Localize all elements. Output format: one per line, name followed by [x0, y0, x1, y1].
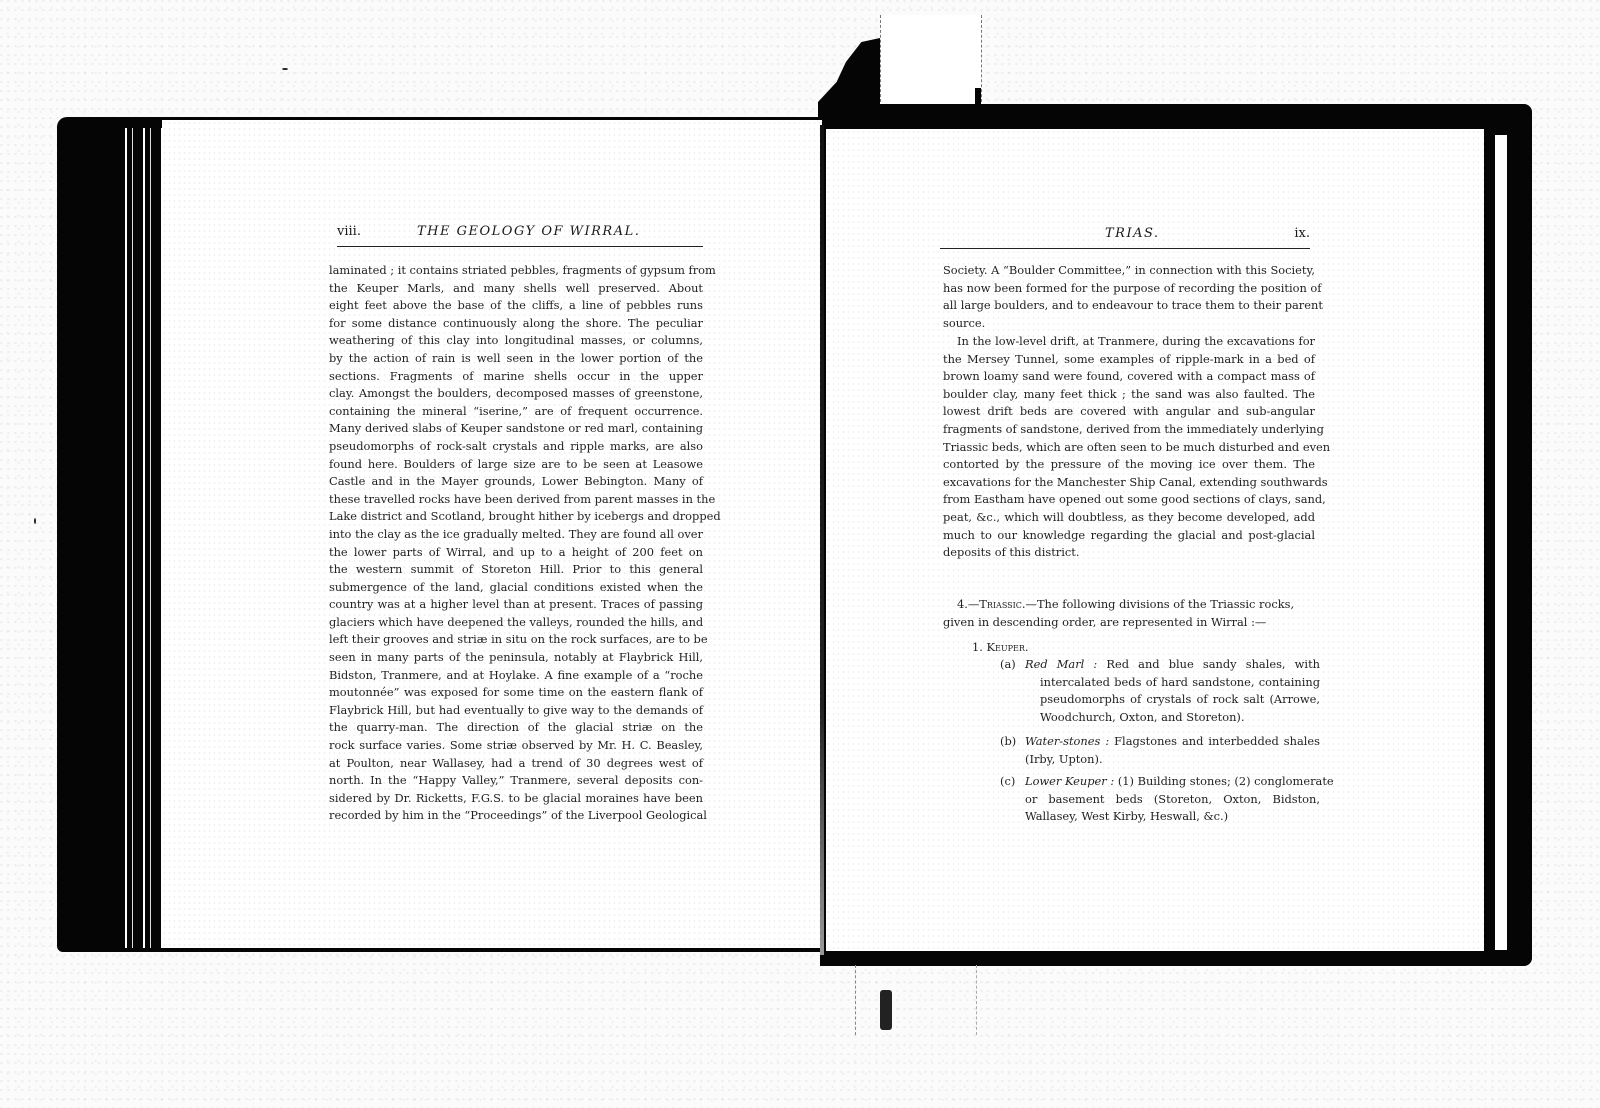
text-line: at Poulton, near Wallasey, had a trend o…: [329, 755, 703, 773]
text-line: the western summit of Storeton Hill. Pri…: [329, 561, 703, 579]
right-page-edges: [1485, 135, 1517, 950]
text-line: In the low-level drift, at Tranmere, dur…: [943, 333, 1315, 351]
section-intro-line-2: given in descending order, are represent…: [943, 613, 1319, 631]
text-line: peat, &c., which will doubtless, as they…: [943, 509, 1315, 527]
text-line: rock surface varies. Some striæ observed…: [329, 737, 703, 755]
subdivision-label: (c): [1000, 773, 1015, 791]
text-line: clay. Amongst the boulders, decomposed m…: [329, 385, 703, 403]
left-body-text: laminated ; it contains striated pebbles…: [329, 262, 703, 825]
triassic-section-intro: 4.—Triassic.—The following divisions of …: [943, 595, 1319, 631]
text-line: moutonnée” was exposed for some time on …: [329, 684, 703, 702]
text-line: from Eastham have opened out some good s…: [943, 491, 1315, 509]
text-line: contorted by the pressure of the moving …: [943, 456, 1315, 474]
text-line: for some distance continuously along the…: [329, 315, 703, 333]
text-line: Water-stones : Flagstones and interbedde…: [1025, 733, 1320, 751]
text-line: (Irby, Upton).: [1025, 751, 1320, 769]
subdivision-label: (b): [1000, 733, 1016, 751]
text-line: the quarry-man. The direction of the gla…: [329, 719, 703, 737]
right-paragraph-2: In the low-level drift, at Tranmere, dur…: [943, 333, 1315, 562]
text-line: Flaybrick Hill, but had eventually to gi…: [329, 702, 703, 720]
subdivision-name: Lower Keuper :: [1025, 774, 1114, 788]
text-line: excavations for the Manchester Ship Cana…: [943, 474, 1315, 492]
text-line: Society. A “Boulder Committee,” in conne…: [943, 262, 1315, 280]
subdivision-lower-keuper: (c) Lower Keuper : (1) Building stones; …: [1000, 773, 1320, 826]
right-folio: ix.: [1294, 226, 1310, 241]
text-line: Lake district and Scotland, brought hith…: [329, 508, 703, 526]
right-head-title: TRIAS.: [1105, 226, 1160, 241]
right-paragraph-1: Society. A “Boulder Committee,” in conne…: [943, 262, 1315, 332]
text-line: country was at a higher level than at pr…: [329, 596, 703, 614]
text-line: Bidston, Tranmere, and at Hoylake. A fin…: [329, 667, 703, 685]
section-heading: Triassic.: [979, 597, 1025, 611]
text-line: by the action of rain is well seen in th…: [329, 350, 703, 368]
text-line: the Mersey Tunnel, some examples of ripp…: [943, 351, 1315, 369]
text-line: lowest drift beds are covered with angul…: [943, 403, 1315, 421]
division-name: Keuper.: [987, 640, 1029, 654]
text-line: Red Marl : Red and blue sandy shales, wi…: [1025, 656, 1320, 674]
subdivision-red-marl: (a) Red Marl : Red and blue sandy shales…: [1000, 656, 1320, 726]
text-line: laminated ; it contains striated pebbles…: [329, 262, 703, 280]
text-line: these travelled rocks have been derived …: [329, 491, 703, 509]
text-line: Wallasey, West Kirby, Heswall, &c.): [1025, 808, 1320, 826]
subdivision-name: Water-stones :: [1025, 734, 1109, 748]
text-line: the lower parts of Wirral, and up to a h…: [329, 544, 703, 562]
section-number: 4.—: [957, 597, 979, 611]
subdivision-name: Red Marl :: [1025, 657, 1097, 671]
text-line: much to our knowledge regarding the glac…: [943, 527, 1315, 545]
text-line: Lower Keuper : (1) Building stones; (2) …: [1025, 773, 1320, 791]
text-line: all large boulders, and to endeavour to …: [943, 297, 1315, 315]
top-page-tab: [880, 15, 982, 107]
text-line: has now been formed for the purpose of r…: [943, 280, 1315, 298]
text-line: found here. Boulders of large size are t…: [329, 456, 703, 474]
text-line: into the clay as the ice gradually melte…: [329, 526, 703, 544]
text-line: sidered by Dr. Ricketts, F.G.S. to be gl…: [329, 790, 703, 808]
subdivision-label: (a): [1000, 656, 1016, 674]
text-line: Woodchurch, Oxton, and Storeton).: [1025, 709, 1320, 727]
division-keuper: 1. Keuper.: [972, 640, 1028, 654]
text-line: Many derived slabs of Keuper sandstone o…: [329, 420, 703, 438]
text-line: submergence of the land, glacial conditi…: [329, 579, 703, 597]
left-running-head: viii. THE GEOLOGY OF WIRRAL.: [337, 224, 703, 247]
text-line: eight feet above the base of the cliffs,…: [329, 297, 703, 315]
bottom-tab-blot: [880, 990, 892, 1030]
text-line: deposits of this district.: [943, 544, 1315, 562]
text-line: brown loamy sand were found, covered wit…: [943, 368, 1315, 386]
section-heading-line: 4.—Triassic.—The following divisions of …: [943, 595, 1319, 613]
text-line: the Keuper Marls, and many shells well p…: [329, 280, 703, 298]
left-folio: viii.: [337, 224, 361, 239]
text-line: glaciers which have deepened the valleys…: [329, 614, 703, 632]
text-line: boulder clay, many feet thick ; the sand…: [943, 386, 1315, 404]
division-number: 1.: [972, 640, 983, 654]
text-line: north. In the “Happy Valley,” Tranmere, …: [329, 772, 703, 790]
bottom-page-tab: [855, 965, 977, 1035]
text-line: containing the mineral “iserine,” are of…: [329, 403, 703, 421]
right-running-head: TRIAS. ix.: [940, 226, 1310, 249]
text-line: intercalated beds of hard sandstone, con…: [1025, 674, 1320, 692]
text-line: pseudomorphs of crystals of rock salt (A…: [1025, 691, 1320, 709]
text-line: Triassic beds, which are often seen to b…: [943, 439, 1315, 457]
text-line: Castle and in the Mayer grounds, Lower B…: [329, 473, 703, 491]
text-line: left their grooves and striæ in situ on …: [329, 631, 703, 649]
text-line: fragments of sandstone, derived from the…: [943, 421, 1315, 439]
text-line: pseudomorphs of rock-salt crystals and r…: [329, 438, 703, 456]
text-line: weathering of this clay into longitudina…: [329, 332, 703, 350]
left-head-title: THE GEOLOGY OF WIRRAL.: [417, 224, 640, 239]
text-line: recorded by him in the “Proceedings” of …: [329, 807, 703, 825]
scan-speck: [282, 68, 288, 70]
text-line: or basement beds (Storeton, Oxton, Bidst…: [1025, 791, 1320, 809]
section-intro: —The following divisions of the Triassic…: [1026, 597, 1295, 611]
left-page-edges: [120, 128, 162, 948]
subdivision-water-stones: (b) Water-stones : Flagstones and interb…: [1000, 733, 1320, 768]
text-line: source.: [943, 315, 1315, 333]
scan-speck: [34, 518, 36, 524]
book-gutter: [820, 125, 824, 955]
text-line: seen in many parts of the peninsula, not…: [329, 649, 703, 667]
text-line: sections. Fragments of marine shells occ…: [329, 368, 703, 386]
